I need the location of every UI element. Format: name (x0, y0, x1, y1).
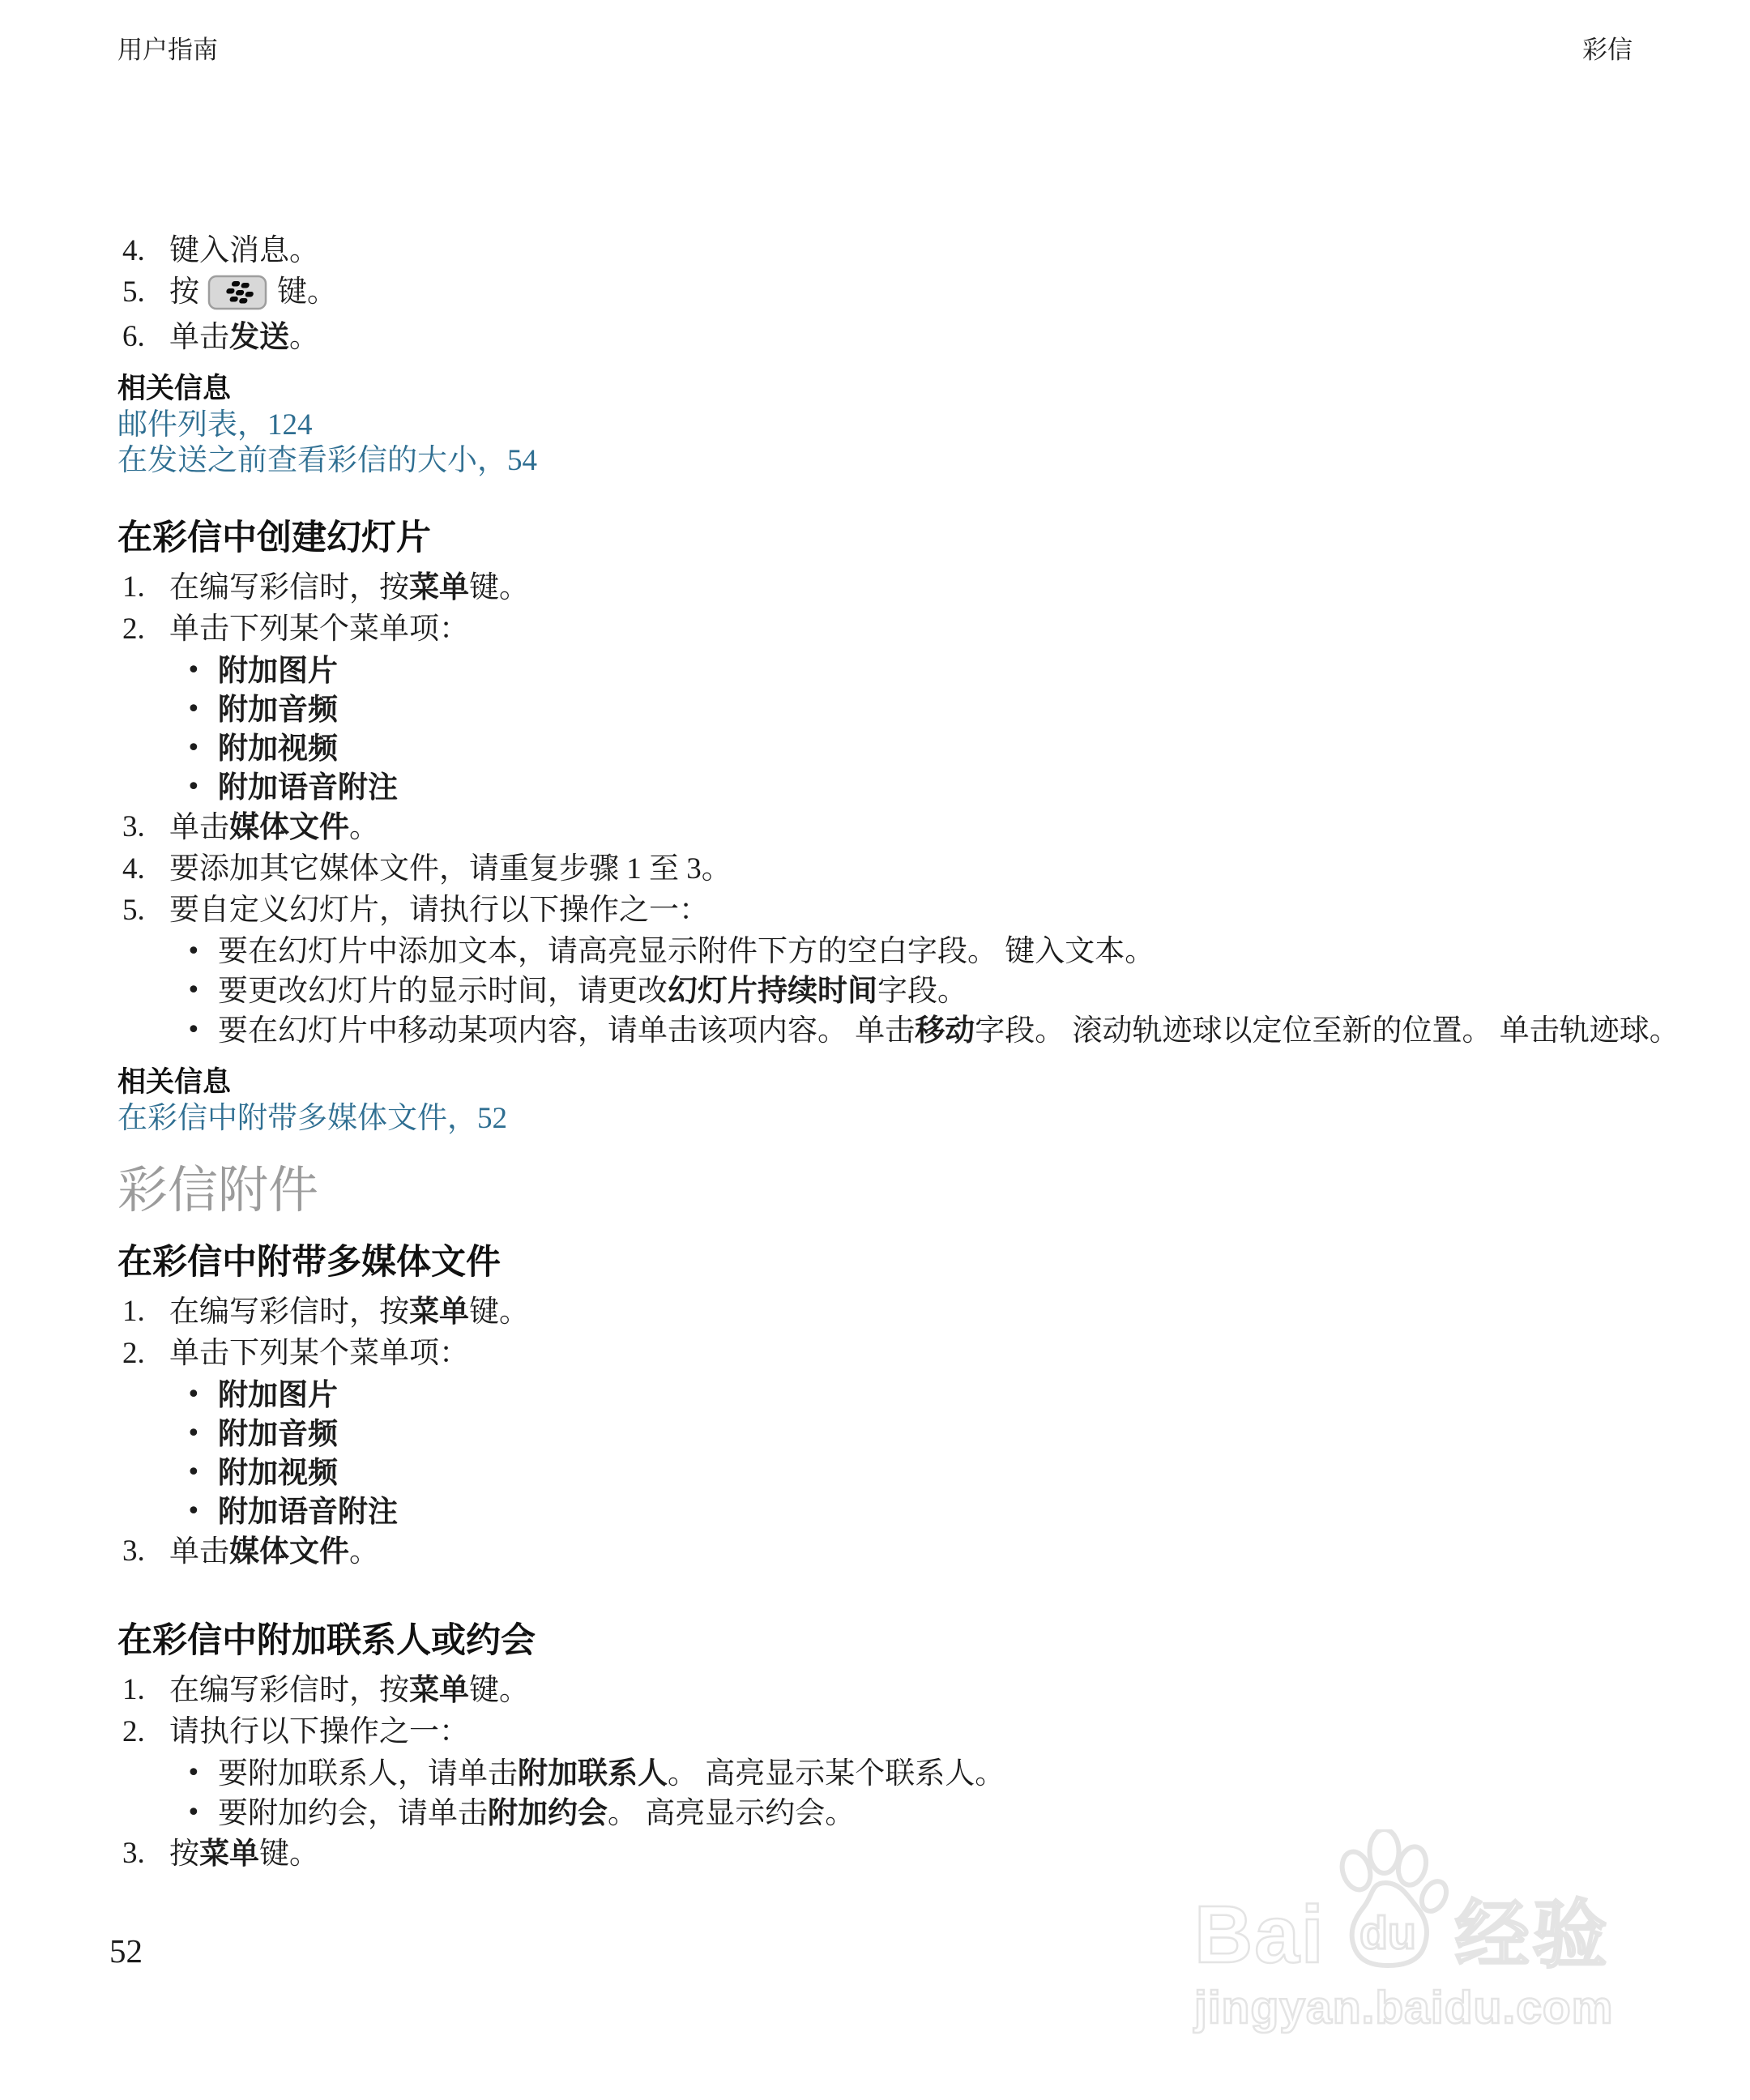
bullet-marker: • (177, 1794, 218, 1833)
step-text-run: 按 (169, 275, 199, 309)
step-text-run: 键入消息。 (169, 234, 319, 267)
bullet-item: •要在幻灯片中移动某项内容，请单击该项内容。 单击移动字段。 滚动轨迹球以定位至… (177, 1011, 1718, 1051)
menu-item-options: •附加图片 •附加音频 •附加视频 •附加语音附注 (177, 651, 1718, 807)
step-text-run: 键。 (469, 1674, 529, 1707)
related-link[interactable]: 在彩信中附带多媒体文件，52 (117, 1101, 1718, 1137)
step-text-run: 单击 (169, 321, 229, 354)
menu-item-label: 附加图片 (218, 651, 1718, 690)
section-heading-create-slideshow: 在彩信中创建幻灯片 (117, 514, 1718, 561)
step-number: 6. (117, 318, 169, 357)
bullet-marker: • (177, 729, 218, 768)
step-text-run: 键。 (259, 1837, 319, 1871)
step-number: 2. (117, 1713, 169, 1752)
step-text-run: 单击下列某个菜单项： (169, 1337, 469, 1370)
step-text-run: 。 (349, 1535, 379, 1569)
bullet-item: •要附加约会，请单击附加约会。 高亮显示约会。 (177, 1794, 1718, 1833)
step-item: 1. 在编写彩信时，按菜单键。 (117, 1671, 1718, 1710)
menu-item-label: 附加音频 (218, 1415, 1718, 1453)
page-header: 用户指南 彩信 (117, 36, 1633, 65)
bullet-text: 要在幻灯片中添加文本，请高亮显示附件下方的空白字段。 键入文本。 (218, 933, 1718, 971)
bullet-marker: • (177, 651, 218, 690)
bullet-marker: • (177, 971, 218, 1011)
step-text-run: 键。 (469, 571, 529, 604)
bullet-text-run: 要在幻灯片中移动某项内容，请单击该项内容。 单击 (218, 1014, 915, 1048)
bullet-text-run: 。 高亮显示约会。 (608, 1797, 855, 1830)
step-item: 1. 在编写彩信时，按菜单键。 (117, 568, 1718, 608)
step-text-run: 。 (289, 321, 319, 354)
bullet-item: •要更改幻灯片的显示时间，请更改幻灯片持续时间字段。 (177, 971, 1718, 1011)
bullet-marker: • (177, 1415, 218, 1453)
step-item: 4. 要添加其它媒体文件，请重复步骤 1 至 3。 (117, 850, 1718, 889)
section-heading-attach-media: 在彩信中附带多媒体文件 (117, 1239, 1718, 1286)
watermark-url: jingyan.baidu.com (1194, 1982, 1648, 2034)
step-number: 2. (117, 610, 169, 649)
bullet-item: •附加语音附注 (177, 1492, 1718, 1531)
step-text: 要添加其它媒体文件，请重复步骤 1 至 3。 (169, 850, 1718, 889)
ui-term: 附加约会 (488, 1796, 608, 1829)
related-info-title: 相关信息 (117, 370, 1718, 408)
bullet-text-run: 要附加联系人，请单击 (218, 1757, 518, 1791)
header-chapter-title: 彩信 (1582, 36, 1633, 65)
step-item: 5. 按键。 (117, 273, 1718, 315)
ui-term: 菜单 (409, 1295, 469, 1328)
step-text-run: 单击 (169, 811, 229, 844)
baidu-jingyan-watermark: Bai du 经验 jingyan.baidu.com (1194, 1829, 1648, 2034)
step-text: 单击媒体文件。 (169, 1532, 1718, 1572)
bullet-marker: • (177, 933, 218, 971)
step-text-run: 键。 (277, 275, 337, 309)
bullet-text: 要附加约会，请单击附加约会。 高亮显示约会。 (218, 1794, 1718, 1833)
step-text: 单击下列某个菜单项： (169, 610, 1718, 649)
ui-term: 附加联系人 (518, 1756, 668, 1790)
watermark-logo-row: Bai du 经验 (1194, 1829, 1648, 1975)
step-number: 4. (117, 850, 169, 889)
related-info-block: 相关信息 在彩信中附带多媒体文件，52 (117, 1064, 1718, 1137)
baidu-paw-icon: du (1327, 1829, 1449, 1980)
step-text-run: 在编写彩信时，按 (169, 1674, 409, 1707)
page-content: 4. 键入消息。 5. 按键。 6. 单击发送。 相关信息 邮件列表，124 在… (117, 232, 1718, 1876)
create-slideshow-steps: 1. 在编写彩信时，按菜单键。 2. 单击下列某个菜单项： •附加图片 •附加音… (117, 568, 1718, 1051)
step-item: 2. 单击下列某个菜单项： (117, 610, 1718, 649)
bullet-text-run: 要更改幻灯片的显示时间，请更改 (218, 975, 668, 1008)
step-text: 在编写彩信时，按菜单键。 (169, 568, 1718, 608)
step-number: 5. (117, 273, 169, 315)
bullet-text-run: 字段。 滚动轨迹球以定位至新的位置。 单击轨迹球。 (975, 1014, 1680, 1048)
bullet-marker: • (177, 1492, 218, 1531)
step-item: 5. 要自定义幻灯片，请执行以下操作之一： (117, 891, 1718, 930)
bullet-marker: • (177, 1376, 218, 1415)
step-number: 1. (117, 1292, 169, 1332)
ui-term: 菜单 (409, 1673, 469, 1706)
bullet-text-run: 要附加约会，请单击 (218, 1797, 488, 1830)
step-text: 在编写彩信时，按菜单键。 (169, 1292, 1718, 1332)
customize-slideshow-options: •要在幻灯片中添加文本，请高亮显示附件下方的空白字段。 键入文本。 •要更改幻灯… (177, 933, 1718, 1051)
step-item: 6. 单击发送。 (117, 318, 1718, 357)
menu-item-label: 附加视频 (218, 729, 1718, 768)
step-text: 单击媒体文件。 (169, 808, 1718, 847)
bullet-text-run: 要在幻灯片中添加文本，请高亮显示附件下方的空白字段。 键入文本。 (218, 935, 1155, 968)
watermark-du-text: du (1359, 1907, 1416, 1959)
menu-item-label: 附加语音附注 (218, 768, 1718, 807)
step-text-run: 要添加其它媒体文件，请重复步骤 1 至 3。 (169, 852, 732, 886)
ui-term: 移动 (915, 1014, 975, 1047)
send-mms-steps: 4. 键入消息。 5. 按键。 6. 单击发送。 (117, 232, 1718, 357)
ui-term: 媒体文件 (229, 1534, 349, 1568)
step-number: 2. (117, 1334, 169, 1373)
step-number: 3. (117, 808, 169, 847)
bullet-text-run: 。 高亮显示某个联系人。 (668, 1757, 1005, 1791)
related-link[interactable]: 在发送之前查看彩信的大小，54 (117, 443, 1718, 479)
step-text-run: 在编写彩信时，按 (169, 571, 409, 604)
bullet-text-run: 字段。 (877, 975, 967, 1008)
menu-item-options: •附加图片 •附加音频 •附加视频 •附加语音附注 (177, 1376, 1718, 1531)
related-info-block: 相关信息 邮件列表，124 在发送之前查看彩信的大小，54 (117, 370, 1718, 479)
step-item: 2. 请执行以下操作之一： (117, 1713, 1718, 1752)
bullet-text: 要更改幻灯片的显示时间，请更改幻灯片持续时间字段。 (218, 971, 1718, 1011)
bullet-item: •要在幻灯片中添加文本，请高亮显示附件下方的空白字段。 键入文本。 (177, 933, 1718, 971)
step-text-run: 按 (169, 1837, 199, 1871)
step-text-run: 。 (349, 811, 379, 844)
ui-term: 菜单 (199, 1837, 259, 1870)
bullet-text: 要附加联系人，请单击附加联系人。 高亮显示某个联系人。 (218, 1754, 1718, 1794)
watermark-brand-cn: 经验 (1455, 1896, 1611, 1975)
related-link[interactable]: 邮件列表，124 (117, 408, 1718, 443)
step-text-run: 请执行以下操作之一： (169, 1715, 469, 1748)
step-text-run: 单击 (169, 1535, 229, 1569)
menu-item-label: 附加语音附注 (218, 1492, 1718, 1531)
bullet-item: •附加视频 (177, 729, 1718, 768)
step-text: 按键。 (169, 273, 1718, 315)
step-text: 在编写彩信时，按菜单键。 (169, 1671, 1718, 1710)
related-info-title: 相关信息 (117, 1064, 1718, 1101)
bullet-item: •要附加联系人，请单击附加联系人。 高亮显示某个联系人。 (177, 1754, 1718, 1794)
bullet-marker: • (177, 1754, 218, 1794)
bullet-item: •附加图片 (177, 1376, 1718, 1415)
bullet-item: •附加图片 (177, 651, 1718, 690)
step-number: 1. (117, 1671, 169, 1710)
step-number: 5. (117, 891, 169, 930)
bullet-marker: • (177, 690, 218, 729)
bullet-marker: • (177, 1011, 218, 1051)
step-text: 单击发送。 (169, 318, 1718, 357)
bullet-text: 要在幻灯片中移动某项内容，请单击该项内容。 单击移动字段。 滚动轨迹球以定位至新… (218, 1011, 1718, 1051)
step-text-run: 单击下列某个菜单项： (169, 612, 469, 646)
step-text-run: 在编写彩信时，按 (169, 1295, 409, 1329)
watermark-brand-text: Bai (1194, 1894, 1325, 1975)
attach-options: •要附加联系人，请单击附加联系人。 高亮显示某个联系人。 •要附加约会，请单击附… (177, 1754, 1718, 1833)
step-item: 2. 单击下列某个菜单项： (117, 1334, 1718, 1373)
section-heading-attach-contact: 在彩信中附加联系人或约会 (117, 1617, 1718, 1664)
ui-term: 菜单 (409, 570, 469, 604)
header-doc-title: 用户指南 (117, 36, 218, 65)
step-item: 3. 单击媒体文件。 (117, 1532, 1718, 1572)
step-text: 要自定义幻灯片，请执行以下操作之一： (169, 891, 1718, 930)
ui-term: 发送 (229, 320, 289, 353)
step-number: 3. (117, 1834, 169, 1874)
step-text-run: 要自定义幻灯片，请执行以下操作之一： (169, 894, 709, 927)
bullet-item: •附加视频 (177, 1453, 1718, 1492)
step-number: 3. (117, 1532, 169, 1572)
step-item: 3. 单击媒体文件。 (117, 808, 1718, 847)
bullet-marker: • (177, 1453, 218, 1492)
document-page: 用户指南 彩信 4. 键入消息。 5. 按键。 6. 单击发送。 相关信息 邮件… (0, 0, 1750, 2100)
step-number: 1. (117, 568, 169, 608)
step-item: 1. 在编写彩信时，按菜单键。 (117, 1292, 1718, 1332)
bullet-item: •附加音频 (177, 1415, 1718, 1453)
page-number: 52 (109, 1931, 143, 1970)
menu-item-label: 附加图片 (218, 1376, 1718, 1415)
ui-term: 幻灯片持续时间 (668, 974, 877, 1007)
bullet-item: •附加语音附注 (177, 768, 1718, 807)
menu-item-label: 附加视频 (218, 1453, 1718, 1492)
menu-item-label: 附加音频 (218, 690, 1718, 729)
blackberry-menu-key-icon (207, 275, 267, 310)
ui-term: 媒体文件 (229, 810, 349, 843)
step-text: 键入消息。 (169, 232, 1718, 271)
chapter-heading: 彩信附件 (117, 1161, 1718, 1221)
step-text: 单击下列某个菜单项： (169, 1334, 1718, 1373)
step-item: 4. 键入消息。 (117, 232, 1718, 271)
bullet-marker: • (177, 768, 218, 807)
step-number: 4. (117, 232, 169, 271)
attach-media-steps: 1. 在编写彩信时，按菜单键。 2. 单击下列某个菜单项： •附加图片 •附加音… (117, 1292, 1718, 1572)
bullet-item: •附加音频 (177, 690, 1718, 729)
step-text-run: 键。 (469, 1295, 529, 1329)
step-text: 请执行以下操作之一： (169, 1713, 1718, 1752)
